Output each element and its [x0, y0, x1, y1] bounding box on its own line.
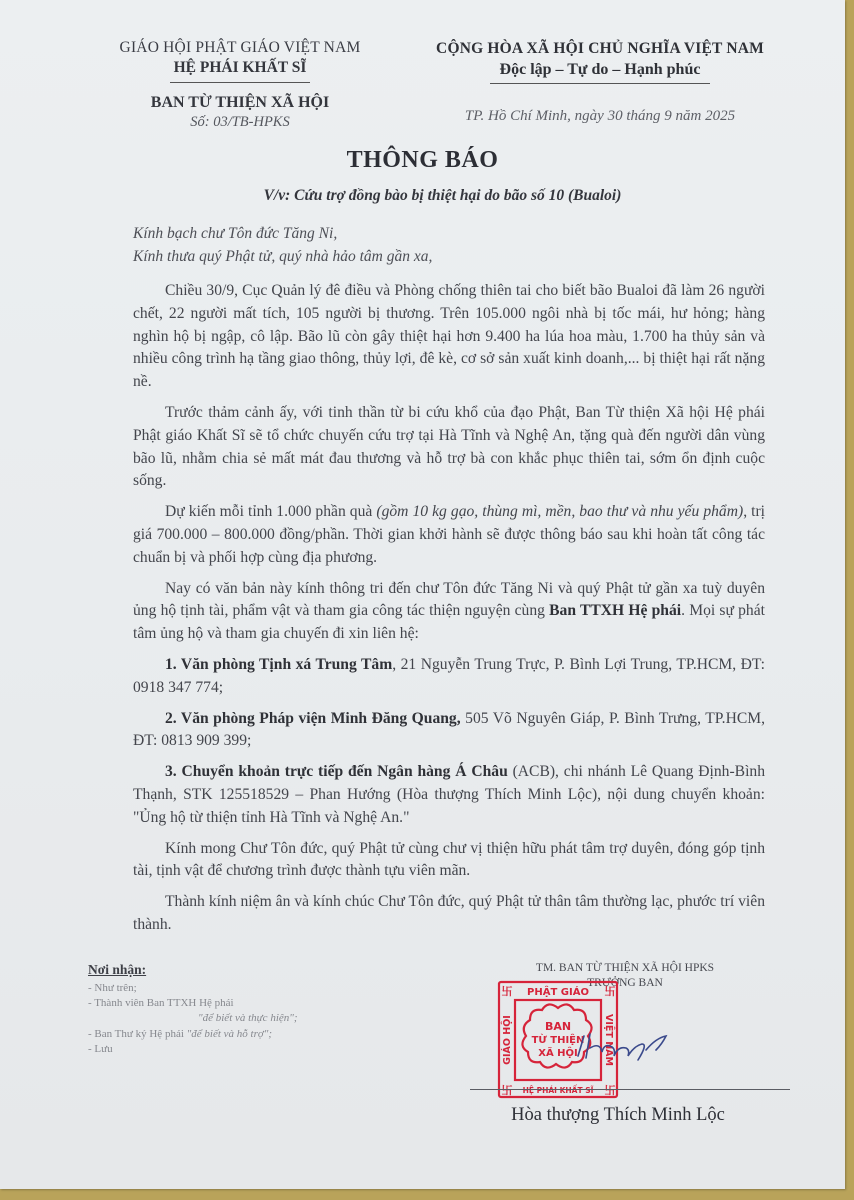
contact-1: 1. Văn phòng Tịnh xá Trung Tâm, 21 Nguyễ… [133, 654, 765, 700]
recipient-note: "để biết và thực hiện"; [88, 1011, 418, 1026]
department-name: BAN TỪ THIỆN XÃ HỘI [90, 93, 390, 113]
document-body: Chiều 30/9, Cục Quản lý đê điều và Phòng… [133, 280, 765, 945]
gift-contents: (gồm 10 kg gạo, thùng mì, mền, bao thư v… [376, 503, 743, 520]
signer-name: Hòa thượng Thích Minh Lộc [468, 1105, 768, 1126]
paragraph-damage-report: Chiều 30/9, Cục Quản lý đê điều và Phòng… [133, 280, 765, 394]
handwritten-signature [576, 1028, 686, 1068]
document-date: TP. Hồ Chí Minh, ngày 30 tháng 9 năm 202… [430, 108, 770, 125]
svg-text:卐: 卐 [605, 985, 616, 998]
organization-name: GIÁO HỘI PHẬT GIÁO VIỆT NAM [90, 38, 390, 58]
salutation-line-2: Kính thưa quý Phật tử, quý nhà hảo tâm g… [133, 245, 432, 268]
contact-3-bank-transfer: 3. Chuyển khoản trực tiếp đến Ngân hàng … [133, 761, 765, 829]
sect-name: HỆ PHÁI KHẤT SĨ [174, 58, 307, 80]
country-name: CỘNG HÒA XÃ HỘI CHỦ NGHĨA VIỆT NAM [405, 38, 795, 60]
paragraph-appeal: Kính mong Chư Tôn đức, quý Phật tử cùng … [133, 838, 765, 884]
header-left: GIÁO HỘI PHẬT GIÁO VIỆT NAM HỆ PHÁI KHẤT… [90, 38, 390, 131]
stamp-top-text: PHẬT GIÁO [527, 985, 589, 998]
recipients-list: Nơi nhận: - Như trên; - Thành viên Ban T… [88, 961, 418, 1057]
header-right: CỘNG HÒA XÃ HỘI CHỦ NGHĨA VIỆT NAM Độc l… [405, 38, 795, 84]
salutation: Kính bạch chư Tôn đức Tăng Ni, Kính thưa… [133, 222, 432, 268]
paragraph-relief-plan: Trước thảm cảnh ấy, với tinh thần từ bi … [133, 402, 765, 493]
recipient-item: - Như trên; [88, 981, 418, 996]
svg-text:卐: 卐 [502, 1084, 513, 1097]
document-page: GIÁO HỘI PHẬT GIÁO VIỆT NAM HỆ PHÁI KHẤT… [0, 0, 845, 1189]
document-subject: V/v: Cứu trợ đồng bào bị thiệt hại do bã… [0, 187, 845, 205]
stamp-left-text: GIÁO HỘI [501, 1015, 513, 1065]
stamp-bottom-text: HỆ PHÁI KHẤT SĨ [523, 1085, 594, 1095]
header-right-underline [490, 83, 710, 84]
recipient-item: - Lưu [88, 1042, 418, 1057]
paragraph-closing: Thành kính niệm ân và kính chúc Chư Tôn … [133, 891, 765, 937]
signature-line [470, 1089, 790, 1090]
svg-text:卐: 卐 [502, 985, 513, 998]
header-left-underline [170, 82, 310, 83]
contact-2: 2. Văn phòng Pháp viện Minh Đăng Quang, … [133, 708, 765, 754]
paragraph-gift-details: Dự kiến mỗi tỉnh 1.000 phần quà (gồm 10 … [133, 501, 765, 569]
stamp-center-3: XÃ HỘI [538, 1046, 578, 1059]
salutation-line-1: Kính bạch chư Tôn đức Tăng Ni, [133, 222, 432, 245]
stamp-center-1: BAN [545, 1020, 571, 1033]
svg-text:卐: 卐 [605, 1084, 616, 1097]
paragraph-call-to-action: Nay có văn bản này kính thông tri đến ch… [133, 578, 765, 646]
recipient-item: - Thành viên Ban TTXH Hệ phái [88, 996, 418, 1011]
document-number: Số: 03/TB-HPKS [90, 113, 390, 131]
document-title: THÔNG BÁO [0, 147, 845, 174]
recipients-heading: Nơi nhận: [88, 961, 418, 979]
recipient-item: - Ban Thư ký Hệ phái "để biết và hỗ trợ"… [88, 1027, 418, 1042]
national-motto: Độc lập – Tự do – Hạnh phúc [405, 60, 795, 80]
on-behalf-of: TM. BAN TỪ THIỆN XÃ HỘI HPKS [480, 961, 770, 976]
